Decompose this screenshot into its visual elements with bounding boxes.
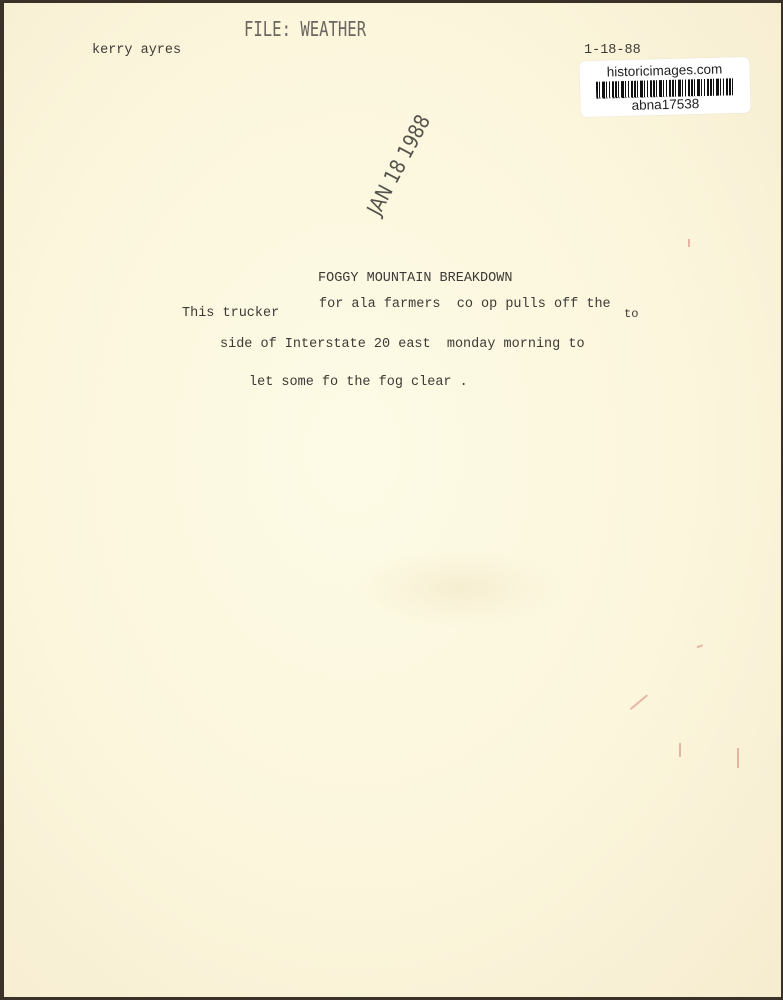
red-mark xyxy=(737,748,739,768)
red-mark xyxy=(697,644,703,647)
caption-line1-raised: for ala farmers co op pulls off the xyxy=(319,297,611,312)
file-label: FILE: WEATHER xyxy=(244,17,366,41)
barcode-sticker: historicimages.com abna17538 xyxy=(579,57,750,117)
red-mark xyxy=(630,694,648,709)
caption-line2: side of Interstate 20 east monday mornin… xyxy=(220,337,585,352)
barcode-id-text: abna17538 xyxy=(580,95,750,114)
paper-stain xyxy=(354,548,564,628)
caption-line3: let some fo the fog clear . xyxy=(249,375,468,390)
caption-line1-subscript: to xyxy=(624,307,638,321)
caption-headline: FOGGY MOUNTAIN BREAKDOWN xyxy=(318,271,512,286)
typed-date: 1-18-88 xyxy=(584,43,641,58)
date-stamp: JAN 18 1988 xyxy=(362,111,435,219)
barcode-site-text: historicimages.com xyxy=(579,61,749,80)
author-name: kerry ayres xyxy=(92,43,181,58)
photo-back-page: FILE: WEATHER kerry ayres 1-18-88 histor… xyxy=(4,3,781,997)
red-mark xyxy=(679,743,681,757)
caption-line1-start: This trucker xyxy=(182,306,279,321)
red-mark xyxy=(688,239,690,247)
